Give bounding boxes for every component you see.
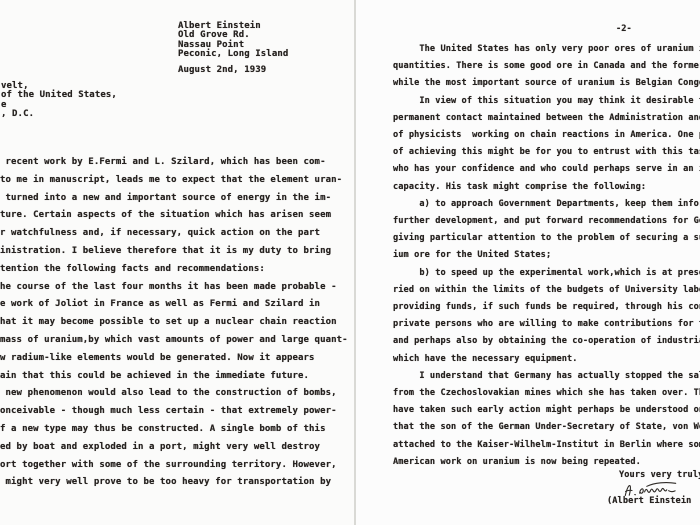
text-line: ort together with some of the surroundin… <box>0 457 354 475</box>
text-line: and perhaps also by obtaining the co-ope… <box>393 333 700 350</box>
text-line: r watchfulness and, if necessary, quick … <box>0 225 354 243</box>
text-line: tention the following facts and recommen… <box>0 261 354 279</box>
text-line: of achieving this might be for you to en… <box>393 144 700 161</box>
text-line: while the most important source of urani… <box>393 75 700 92</box>
text-line: inistration. I believe therefore that it… <box>0 243 354 261</box>
recipient-address: velt,of the United States,e, D.C. <box>1 82 117 119</box>
text-line: who has your confidence and who could pe… <box>393 161 700 178</box>
page-2: -2- The United States has only very poor… <box>356 0 700 525</box>
text-line: further development, and put forward rec… <box>393 213 700 230</box>
text-line: giving particular attention to the probl… <box>393 230 700 247</box>
text-line: might very well prove to be too heavy fo… <box>0 474 354 492</box>
text-line: f a new type may thus be constructed. A … <box>0 421 354 439</box>
text-line: of physicists working on chain reactions… <box>393 127 700 144</box>
text-line: to me in manuscript, leads me to expect … <box>0 172 354 190</box>
page-1: Albert EinsteinOld Grove Rd.Nassau Point… <box>0 0 354 525</box>
sender-address: Albert EinsteinOld Grove Rd.Nassau Point… <box>178 22 288 60</box>
text-line: permanent contact maintained between the… <box>393 110 700 127</box>
text-line: that the son of the German Under-Secreta… <box>393 419 700 436</box>
text-line: ed by boat and exploded in a port, might… <box>0 439 354 457</box>
text-line: mass of uranium,by which vast amounts of… <box>0 332 354 350</box>
text-line: recent work by E.Fermi and L. Szilard, w… <box>0 154 354 172</box>
text-line: he course of the last four months it has… <box>0 279 354 297</box>
text-line: quantities. There is some good ore in Ca… <box>393 58 700 75</box>
text-line: e work of Joliot in France as well as Fe… <box>0 296 354 314</box>
text-line: Peconic, Long Island <box>178 50 288 59</box>
text-line: private persons who are willing to make … <box>393 316 700 333</box>
text-line: ain that this could be achieved in the i… <box>0 368 354 386</box>
text-line: from the Czechoslovakian mines which she… <box>393 385 700 402</box>
text-line: turned into a new and important source o… <box>0 190 354 208</box>
page1-body-text: recent work by E.Fermi and L. Szilard, w… <box>0 154 354 492</box>
text-line: ried on within the limits of the budgets… <box>393 282 700 299</box>
text-line: American work on uranium is now being re… <box>393 454 700 471</box>
text-line: The United States has only very poor ore… <box>393 41 700 58</box>
page2-body-text: The United States has only very poor ore… <box>393 41 700 471</box>
text-line: attached to the Kaiser-Wilhelm-Institut … <box>393 437 700 454</box>
text-line: In view of this situation you may think … <box>393 93 700 110</box>
text-line: a) to approach Government Departments, k… <box>393 196 700 213</box>
text-line: new phenomenon would also lead to the co… <box>0 385 354 403</box>
text-line: onceivable - though much less certain - … <box>0 403 354 421</box>
text-line: have taken such early action might perha… <box>393 402 700 419</box>
text-line: hat it may become possible to set up a n… <box>0 314 354 332</box>
text-line: w radium-like elements would be generate… <box>0 350 354 368</box>
date-line: August 2nd, 1939 <box>178 66 266 75</box>
text-line: capacity. His task might comprise the fo… <box>393 179 700 196</box>
text-line: , D.C. <box>1 110 117 119</box>
text-line: providing funds, if such funds be requir… <box>393 299 700 316</box>
text-line: of the United States, <box>1 91 117 100</box>
text-line: ium ore for the United States; <box>393 247 700 264</box>
text-line: b) to speed up the experimental work,whi… <box>393 265 700 282</box>
text-line: ture. Certain aspects of the situation w… <box>0 207 354 225</box>
typed-signature-name: (Albert Einstein <box>607 496 691 506</box>
page-number: -2- <box>616 24 632 34</box>
text-line: I understand that Germany has actually s… <box>393 368 700 385</box>
letter-scan: Albert EinsteinOld Grove Rd.Nassau Point… <box>0 0 700 525</box>
text-line: which have the necessary equipment. <box>393 351 700 368</box>
